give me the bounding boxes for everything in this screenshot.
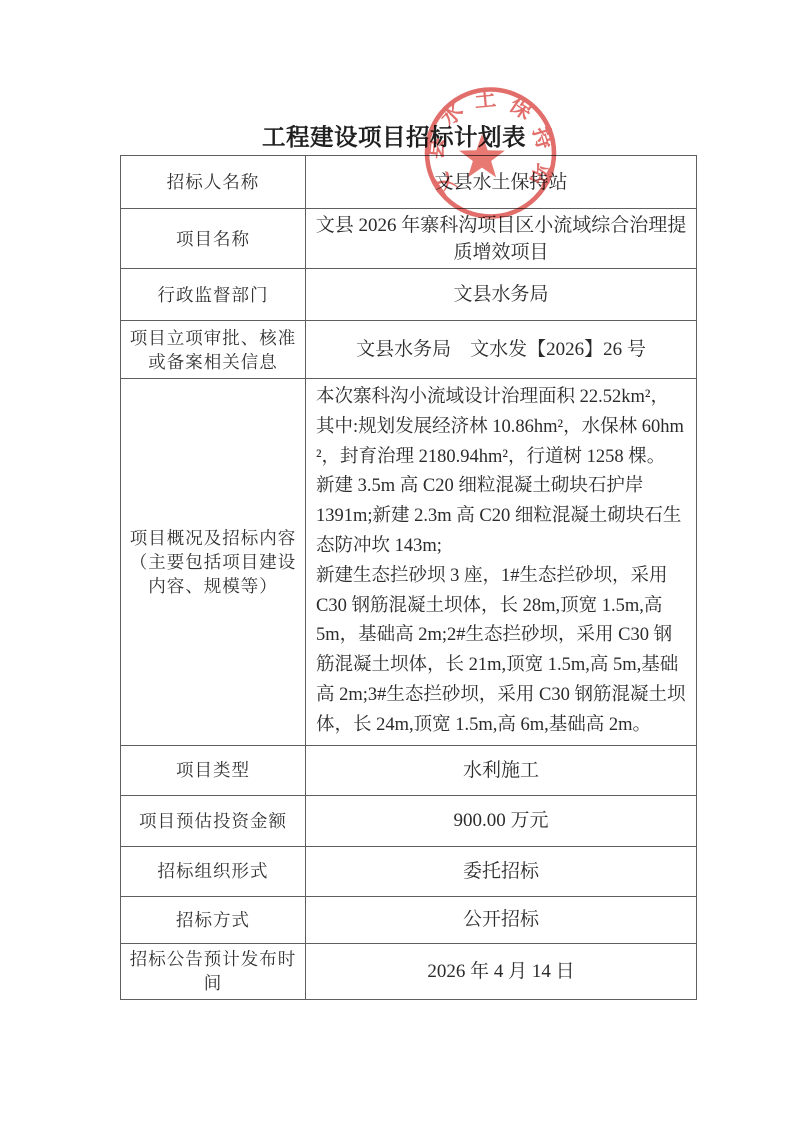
row-label: 招标方式 (121, 896, 306, 943)
row-label: 招标公告预计发布时 间 (121, 943, 306, 999)
table-row: 招标人名称 文县水土保持站 (121, 156, 697, 209)
table-row: 项目类型 水利施工 (121, 745, 697, 795)
row-label: 项目名称 (121, 209, 306, 269)
row-label: 项目立项审批、核准 或备案相关信息 (121, 321, 306, 379)
row-value: 文县 2026 年寨科沟项目区小流域综合治理提 质增效项目 (306, 209, 697, 269)
row-label: 招标人名称 (121, 156, 306, 209)
row-value: 水利施工 (306, 745, 697, 795)
row-label: 项目类型 (121, 745, 306, 795)
row-value: 900.00 万元 (306, 795, 697, 846)
document-title: 工程建设项目招标计划表 (120, 118, 668, 152)
scanned-document-page: 工程建设项目招标计划表 招标人名称 文县水土保持站 项目名称 文县 2026 年… (0, 0, 793, 1122)
table-row: 行政监督部门 文县水务局 (121, 269, 697, 321)
row-value: 文县水务局 文水发【2026】26 号 (306, 321, 697, 379)
table-row: 招标组织形式 委托招标 (121, 846, 697, 896)
row-value: 公开招标 (306, 896, 697, 943)
table-row: 招标公告预计发布时 间 2026 年 4 月 14 日 (121, 943, 697, 999)
row-value: 2026 年 4 月 14 日 (306, 943, 697, 999)
row-label: 行政监督部门 (121, 269, 306, 321)
row-value: 文县水土保持站 (306, 156, 697, 209)
row-value: 委托招标 (306, 846, 697, 896)
row-label: 项目预估投资金额 (121, 795, 306, 846)
table-row: 项目预估投资金额 900.00 万元 (121, 795, 697, 846)
table-row: 招标方式 公开招标 (121, 896, 697, 943)
table-row: 项目立项审批、核准 或备案相关信息 文县水务局 文水发【2026】26 号 (121, 321, 697, 379)
row-value: 本次寨科沟小流域设计治理面积 22.52km²， 其中:规划发展经济林 10.8… (306, 379, 697, 746)
row-label: 项目概况及招标内容 （主要包括项目建设 内容、规模等） (121, 379, 306, 746)
table-row: 项目名称 文县 2026 年寨科沟项目区小流域综合治理提 质增效项目 (121, 209, 697, 269)
row-value: 文县水务局 (306, 269, 697, 321)
table-row: 项目概况及招标内容 （主要包括项目建设 内容、规模等） 本次寨科沟小流域设计治理… (121, 379, 697, 746)
tender-plan-table: 招标人名称 文县水土保持站 项目名称 文县 2026 年寨科沟项目区小流域综合治… (120, 155, 697, 1000)
row-label: 招标组织形式 (121, 846, 306, 896)
